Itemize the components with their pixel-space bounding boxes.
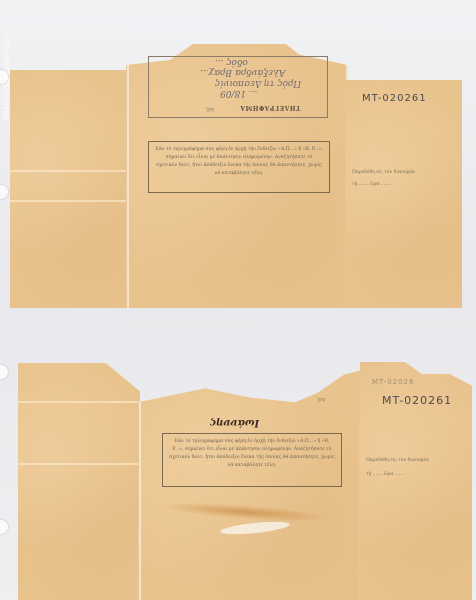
handwritten-signature: Ιωάννης [210,417,259,428]
archive-id-faint: MT-02026 [372,378,414,386]
delivery-form-label: Παρεδόθη εἰς τόν διανομέα [366,458,429,463]
reply-paid-notice: Εάν τό τηλεγράφημα σας φέρη ἐν ἀρχῇ τήν … [162,433,342,487]
word-count-label: Λέξ. [205,106,215,111]
archive-id: MT-020261 [382,394,452,407]
telegram-title: ΤΗΛΕΓΡΑΦΗΜΑ [240,104,300,111]
bottom-left-flap [18,363,140,600]
top-right-flap [346,80,462,308]
handwritten-address-line-1: Πρός τη Δεσποινίς [215,78,301,88]
handwritten-date: ... 18/09 [220,88,257,98]
archive-id: MT-020261 [362,93,427,104]
handwritten-address-line-3: οδός ... [215,57,248,67]
word-count-label: Λέξ. [316,396,326,401]
delivery-form-fields: τῇ ....... ὥρα ....... [352,182,391,187]
delivery-form-fields: τῇ ....... ὥρα ....... [366,472,405,477]
reply-paid-notice: Εάν τό τηλεγράφημα σας φέρη ἐν ἀρχῇ τήν … [148,141,330,193]
handwritten-address-line-2: Αλεξάνδρα Βραχ... [200,67,285,77]
top-left-flap [10,70,128,308]
delivery-form-label: Παρεδόθη εἰς τόν διανομέα [352,170,415,175]
